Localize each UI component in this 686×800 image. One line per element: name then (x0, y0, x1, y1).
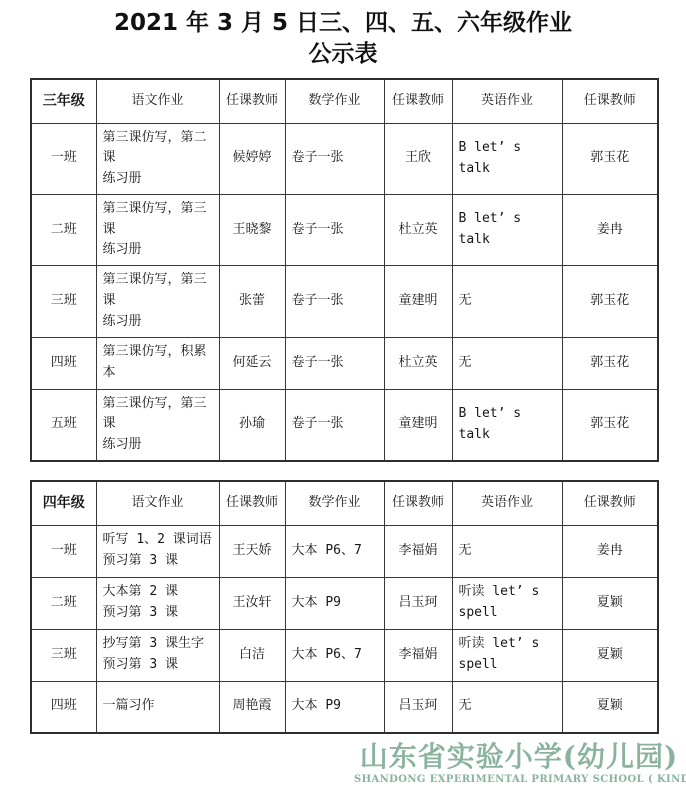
english-teacher: 姜冉 (562, 194, 658, 265)
column-header-english-homework: 英语作业 (452, 481, 562, 525)
math-homework: 卷子一张 (285, 194, 384, 265)
column-header-chinese-teacher: 任课教师 (219, 79, 285, 123)
chinese-homework: 大本第 2 课 预习第 3 课 (96, 577, 219, 629)
chinese-teacher: 王汝轩 (219, 577, 285, 629)
math-homework: 卷子一张 (285, 123, 384, 194)
chinese-teacher: 孙瑜 (219, 389, 285, 461)
english-homework: 听读 let’ s spell (452, 629, 562, 681)
chinese-homework: 第三课仿写，积累本 (96, 337, 219, 389)
table-row: 三班 第三课仿写，第三课 练习册 张蕾 卷子一张 童建明 无 郭玉花 (31, 266, 658, 337)
class-label: 一班 (31, 525, 96, 577)
math-homework: 大本 P9 (285, 681, 384, 733)
math-teacher: 李福娟 (384, 525, 452, 577)
english-homework: B let’ s talk (452, 389, 562, 461)
math-teacher: 杜立英 (384, 194, 452, 265)
class-label: 四班 (31, 681, 96, 733)
chinese-homework: 抄写第 3 课生字 预习第 3 课 (96, 629, 219, 681)
english-homework: 无 (452, 337, 562, 389)
class-label: 三班 (31, 629, 96, 681)
column-header-chinese-homework: 语文作业 (96, 79, 219, 123)
chinese-teacher: 王晓黎 (219, 194, 285, 265)
column-header-chinese-homework: 语文作业 (96, 481, 219, 525)
english-teacher: 夏颖 (562, 577, 658, 629)
english-homework: 无 (452, 525, 562, 577)
chinese-homework: 第三课仿写，第三课 练习册 (96, 194, 219, 265)
math-homework: 卷子一张 (285, 266, 384, 337)
chinese-teacher: 白洁 (219, 629, 285, 681)
math-homework: 大本 P6、7 (285, 525, 384, 577)
table-row: 四班 一篇习作 周艳霞 大本 P9 吕玉珂 无 夏颖 (31, 681, 658, 733)
column-header-english-teacher: 任课教师 (562, 79, 658, 123)
math-homework: 大本 P9 (285, 577, 384, 629)
grade-label: 三年级 (31, 79, 96, 123)
column-header-english-homework: 英语作业 (452, 79, 562, 123)
grade-4-homework-table: 四年级 语文作业 任课教师 数学作业 任课教师 英语作业 任课教师 一班 听写 … (30, 480, 659, 734)
column-header-english-teacher: 任课教师 (562, 481, 658, 525)
english-teacher: 姜冉 (562, 525, 658, 577)
column-header-math-teacher: 任课教师 (384, 79, 452, 123)
english-teacher: 郭玉花 (562, 123, 658, 194)
grade-3-homework-table: 三年级 语文作业 任课教师 数学作业 任课教师 英语作业 任课教师 一班 第三课… (30, 78, 659, 462)
math-teacher: 吕玉珂 (384, 681, 452, 733)
english-teacher: 夏颖 (562, 629, 658, 681)
table-row: 五班 第三课仿写，第三课 练习册 孙瑜 卷子一张 童建明 B let’ s ta… (31, 389, 658, 461)
chinese-homework: 第三课仿写，第二课 练习册 (96, 123, 219, 194)
chinese-homework: 第三课仿写，第三课 练习册 (96, 266, 219, 337)
chinese-teacher: 张蕾 (219, 266, 285, 337)
table-row: 四班 第三课仿写，积累本 何延云 卷子一张 杜立英 无 郭玉花 (31, 337, 658, 389)
math-homework: 大本 P6、7 (285, 629, 384, 681)
table-row: 一班 第三课仿写，第二课 练习册 候婷婷 卷子一张 王欣 B let’ s ta… (31, 123, 658, 194)
chinese-teacher: 周艳霞 (219, 681, 285, 733)
column-header-math-teacher: 任课教师 (384, 481, 452, 525)
math-teacher: 李福娟 (384, 629, 452, 681)
column-header-math-homework: 数学作业 (285, 481, 384, 525)
table-row: 三班 抄写第 3 课生字 预习第 3 课 白洁 大本 P6、7 李福娟 听读 l… (31, 629, 658, 681)
english-teacher: 郭玉花 (562, 389, 658, 461)
math-homework: 卷子一张 (285, 389, 384, 461)
table-header-row: 三年级 语文作业 任课教师 数学作业 任课教师 英语作业 任课教师 (31, 79, 658, 123)
table-row: 二班 大本第 2 课 预习第 3 课 王汝轩 大本 P9 吕玉珂 听读 let’… (31, 577, 658, 629)
page-title-line1: 2021 年 3 月 5 日三、四、五、六年级作业 (0, 8, 686, 39)
math-teacher: 王欣 (384, 123, 452, 194)
chinese-teacher: 候婷婷 (219, 123, 285, 194)
class-label: 三班 (31, 266, 96, 337)
school-logo: 山东省实验小学(幼儿园) SHANDONG EXPERIMENTAL PRIMA… (354, 740, 684, 785)
math-teacher: 童建明 (384, 389, 452, 461)
class-label: 二班 (31, 577, 96, 629)
english-teacher: 郭玉花 (562, 337, 658, 389)
english-homework: B let’ s talk (452, 194, 562, 265)
english-homework: 听读 let’ s spell (452, 577, 562, 629)
column-header-chinese-teacher: 任课教师 (219, 481, 285, 525)
math-teacher: 吕玉珂 (384, 577, 452, 629)
page-title: 2021 年 3 月 5 日三、四、五、六年级作业 公示表 (0, 8, 686, 70)
math-homework: 卷子一张 (285, 337, 384, 389)
school-name-english: SHANDONG EXPERIMENTAL PRIMARY SCHOOL ( K… (354, 774, 684, 785)
page-title-line2: 公示表 (0, 39, 686, 70)
chinese-homework: 听写 1、2 课词语 预习第 3 课 (96, 525, 219, 577)
class-label: 四班 (31, 337, 96, 389)
english-teacher: 夏颖 (562, 681, 658, 733)
class-label: 一班 (31, 123, 96, 194)
class-label: 五班 (31, 389, 96, 461)
english-homework: 无 (452, 681, 562, 733)
chinese-homework: 一篇习作 (96, 681, 219, 733)
english-homework: 无 (452, 266, 562, 337)
chinese-homework: 第三课仿写，第三课 练习册 (96, 389, 219, 461)
table-row: 一班 听写 1、2 课词语 预习第 3 课 王天娇 大本 P6、7 李福娟 无 … (31, 525, 658, 577)
chinese-teacher: 王天娇 (219, 525, 285, 577)
table-row: 二班 第三课仿写，第三课 练习册 王晓黎 卷子一张 杜立英 B let’ s t… (31, 194, 658, 265)
school-name-chinese: 山东省实验小学(幼儿园) (354, 740, 684, 773)
table-header-row: 四年级 语文作业 任课教师 数学作业 任课教师 英语作业 任课教师 (31, 481, 658, 525)
homework-announcement-document: 2021 年 3 月 5 日三、四、五、六年级作业 公示表 三年级 语文作业 任… (0, 0, 686, 800)
chinese-teacher: 何延云 (219, 337, 285, 389)
english-teacher: 郭玉花 (562, 266, 658, 337)
math-teacher: 杜立英 (384, 337, 452, 389)
english-homework: B let’ s talk (452, 123, 562, 194)
column-header-math-homework: 数学作业 (285, 79, 384, 123)
math-teacher: 童建明 (384, 266, 452, 337)
class-label: 二班 (31, 194, 96, 265)
grade-label: 四年级 (31, 481, 96, 525)
